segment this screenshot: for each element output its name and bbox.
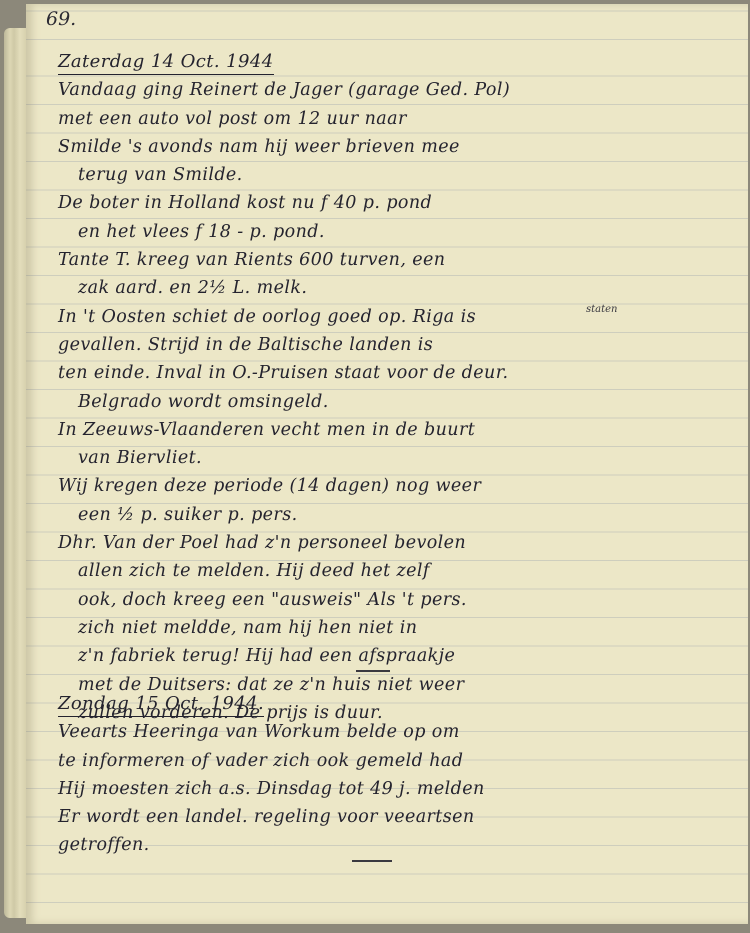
entry-line: zich niet meldde, nam hij hen niet in — [58, 614, 738, 642]
entry-line: z'n fabriek terug! Hij had een afspraakj… — [58, 642, 738, 670]
entry-line: getroffen. — [58, 831, 738, 859]
entry-line: allen zich te melden. Hij deed het zelf — [58, 557, 738, 585]
entry-divider — [356, 670, 390, 672]
diary-entry-1: Zaterdag 14 Oct. 1944 Vandaag ging Reine… — [58, 48, 738, 727]
entry-line: De boter in Holland kost nu f 40 p. pond — [58, 189, 738, 217]
entry-line: gevallen. Strijd in de Baltische landen … — [58, 331, 738, 359]
entry-date: Zaterdag 14 Oct. 1944 — [58, 50, 274, 75]
diary-entry-2: Zondag 15 Oct. 1944. Veearts Heeringa va… — [58, 690, 738, 860]
entry-line: een ½ p. suiker p. pers. — [58, 501, 738, 529]
entry-line: Wij kregen deze periode (14 dagen) nog w… — [58, 472, 738, 500]
entry-line: Hij moesten zich a.s. Dinsdag tot 49 j. … — [58, 775, 738, 803]
entry-line: te informeren of vader zich ook gemeld h… — [58, 747, 738, 775]
entry-line: Dhr. Van der Poel had z'n personeel bevo… — [58, 529, 738, 557]
entry-line: Tante T. kreeg van Rients 600 turven, ee… — [58, 246, 738, 274]
entry-line: terug van Smilde. — [58, 161, 738, 189]
entry-line: zak aard. en 2½ L. melk. — [58, 274, 738, 302]
entry-line: en het vlees f 18 - p. pond. — [58, 218, 738, 246]
page-number: 69. — [46, 8, 76, 30]
entry-line: Vandaag ging Reinert de Jager (garage Ge… — [58, 76, 738, 104]
entry-line: ook, doch kreeg een "ausweis" Als 't per… — [58, 586, 738, 614]
entry-line: Belgrado wordt omsingeld. — [58, 388, 738, 416]
entry-line: Smilde 's avonds nam hij weer brieven me… — [58, 133, 738, 161]
entry-line: Veearts Heeringa van Workum belde op om — [58, 718, 738, 746]
end-divider — [352, 860, 392, 862]
correction-note: staten — [586, 304, 618, 315]
entry-line: van Biervliet. — [58, 444, 738, 472]
entry-line: met een auto vol post om 12 uur naar — [58, 105, 738, 133]
entry-line: ten einde. Inval in O.-Pruisen staat voo… — [58, 359, 738, 387]
entry-line: Er wordt een landel. regeling voor veear… — [58, 803, 738, 831]
entry-date: Zondag 15 Oct. 1944. — [58, 692, 264, 717]
diary-page: 69. Zaterdag 14 Oct. 1944 Vandaag ging R… — [26, 4, 748, 924]
entry-line: In 't Oosten schiet de oorlog goed op. R… — [58, 303, 738, 331]
entry-line: In Zeeuws-Vlaanderen vecht men in de buu… — [58, 416, 738, 444]
